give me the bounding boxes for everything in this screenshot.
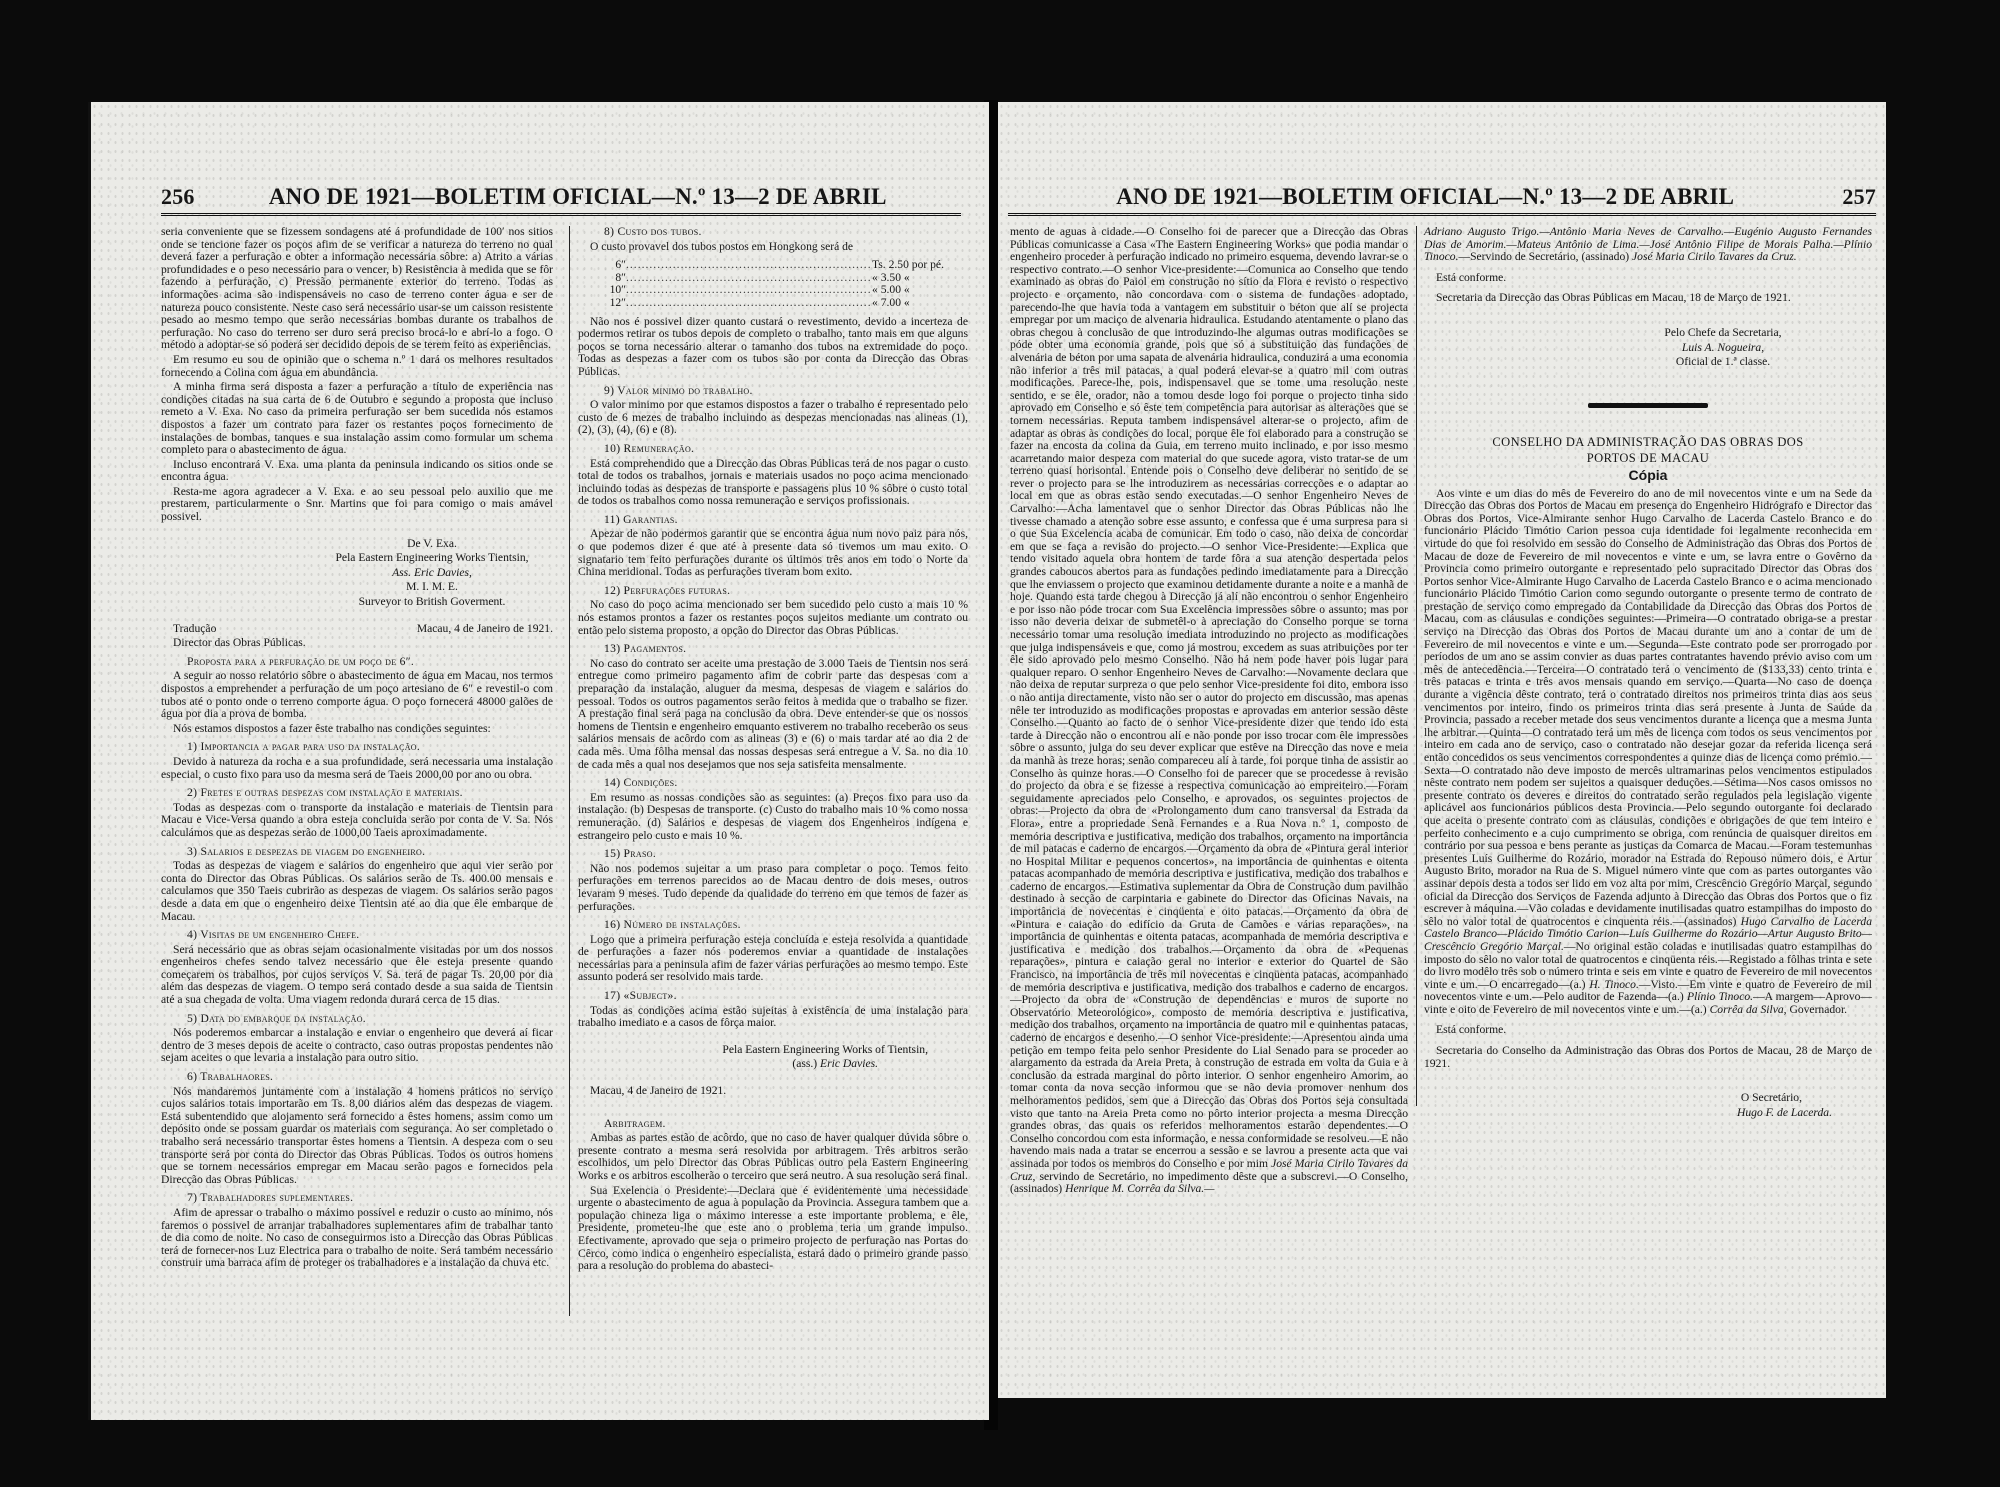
- section-title: 5) Data do embarque da instalação.: [161, 1013, 553, 1026]
- secretary-name: José Maria Cirilo Tavares da Cruz.: [1632, 250, 1797, 263]
- left-column-1: seria conveniente que se fizessem sondag…: [161, 226, 553, 1272]
- paragraph: Aos vinte e um dias do mês de Fevereiro …: [1424, 488, 1872, 1017]
- section-title: 3) Salarios e despezas de viagem do enge…: [161, 846, 553, 859]
- paragraph: Será necessário que as obras sejam ocasi…: [161, 944, 553, 1007]
- paragraph: No caso do poço acima mencionado ser bem…: [578, 599, 968, 637]
- section-title: 16) Número de instalações.: [578, 919, 968, 932]
- paragraph: seria conveniente que se fizessem sondag…: [161, 226, 553, 352]
- names-text: —Servindo de Secretário, (assinado): [1458, 250, 1629, 263]
- header-title: ANO DE 1921—BOLETIM OFICIAL—N.º 13—2 DE …: [195, 184, 961, 210]
- section-heading: CONSELHO DA ADMINISTRAÇÃO DAS OBRAS DOS: [1424, 436, 1872, 449]
- section-title: 12) Perfurações futuras.: [578, 585, 968, 598]
- section-title: 8) Custo dos tubos.: [578, 226, 968, 239]
- dot-leader: ........................................…: [626, 297, 872, 310]
- paragraph: Todas as condições acima estão sujeitas …: [578, 1005, 968, 1030]
- pipe-price-row: 8″ .....................................…: [600, 272, 968, 285]
- section-heading: PORTOS DE MACAU: [1424, 452, 1872, 465]
- pipe-price-row: 6″ .....................................…: [600, 259, 968, 272]
- translation-label: Tradução: [161, 623, 216, 636]
- date-line: Macau, 4 de Janeiro de 1921.: [578, 1085, 968, 1098]
- section-title: 1) Importancia a pagar para uso da insta…: [161, 741, 553, 754]
- header-title: ANO DE 1921—BOLETIM OFICIAL—N.º 13—2 DE …: [1008, 184, 1842, 210]
- paragraph: Não nos é possivel dizer quanto custará …: [578, 316, 968, 379]
- signature-line: Surveyor to British Goverment.: [311, 596, 553, 609]
- section-title: 6) Trabalhaores.: [161, 1071, 553, 1084]
- dot-leader: ........................................…: [626, 272, 872, 285]
- pipe-price: Ts. 2.50 por pé.: [872, 259, 968, 272]
- paragraph: Resta-me agora agradecer a V. Exa. e ao …: [161, 486, 553, 524]
- paragraph: Secretaria do Conselho da Administração …: [1424, 1045, 1872, 1070]
- section-title: 13) Pagamentos.: [578, 643, 968, 656]
- dot-leader: ........................................…: [626, 284, 872, 297]
- paragraph: A minha firma será disposta a fazer a pe…: [161, 381, 553, 457]
- paragraph: O valor minimo por que estamos dispostos…: [578, 399, 968, 437]
- left-page: 256 ANO DE 1921—BOLETIM OFICIAL—N.º 13—2…: [88, 102, 989, 1420]
- right-column-2: Adriano Augusto Trigo.—Antônio Maria Nev…: [1424, 226, 1872, 1121]
- copy-heading: Cópia: [1424, 469, 1872, 482]
- paragraph: Nós mandaremos juntamente com a instalaç…: [161, 1086, 553, 1187]
- conforme-line: Está conforme.: [1424, 1024, 1872, 1037]
- paragraph: mento de aguas à cidade.—O Conselho foi …: [1010, 226, 1408, 1196]
- page-header: 256 ANO DE 1921—BOLETIM OFICIAL—N.º 13—2…: [161, 186, 961, 216]
- signature-name: Hugo F. de Lacerda.: [1424, 1107, 1872, 1120]
- section-title: 14) Condições.: [578, 777, 968, 790]
- paragraph: Não nos podemos sujeitar a um praso para…: [578, 863, 968, 913]
- section-title: 10) Remuneração.: [578, 443, 968, 456]
- translation-date: Macau, 4 de Janeiro de 1921.: [405, 623, 553, 636]
- section-title: Proposta para a perfuração de um poço de…: [161, 656, 553, 669]
- conforme-line: Está conforme.: [1424, 272, 1872, 285]
- paragraph: Em resumo eu sou de opinião que o schema…: [161, 354, 553, 379]
- section-title: 11) Garantias.: [578, 514, 968, 527]
- dot-leader: ........................................…: [626, 259, 872, 272]
- section-title: 4) Visitas de um engenheiro Chefe.: [161, 929, 553, 942]
- paragraph: Logo que a primeira perfuração esteja co…: [578, 934, 968, 984]
- right-page: ANO DE 1921—BOLETIM OFICIAL—N.º 13—2 DE …: [998, 102, 1886, 1398]
- section-title: 7) Trabalhadores suplementares.: [161, 1192, 553, 1205]
- signature-line: Oficial de 1.ª classe.: [1574, 356, 1872, 369]
- signature-line: (ass.) Eric Davies.: [578, 1058, 968, 1071]
- signature-name: Ass. Eric Davies,: [311, 567, 553, 580]
- pipe-price-row: 10″ ....................................…: [600, 284, 968, 297]
- paragraph: No caso do contrato ser aceite uma prest…: [578, 658, 968, 771]
- section-title: Arbitragem.: [578, 1118, 968, 1131]
- pipe-price: « 7.00 «: [872, 297, 968, 310]
- governor-name: Corrêa da Silva,: [1710, 1003, 1787, 1016]
- signer-name: Henrique M. Corrêa da Silva.—: [1065, 1182, 1214, 1195]
- paragraph: Ambas as partes estão de acôrdo, que no …: [578, 1132, 968, 1182]
- right-column-1: mento de aguas à cidade.—O Conselho foi …: [1010, 226, 1417, 1106]
- paragraph: Todas as despezas com o transporte da in…: [161, 802, 553, 840]
- translation-line: Tradução Macau, 4 de Janeiro de 1921.: [161, 623, 553, 636]
- left-column-2: 8) Custo dos tubos. O custo provavel dos…: [569, 226, 968, 1316]
- section-title: 17) «Subject».: [578, 990, 968, 1003]
- section-title: 15) Praso.: [578, 848, 968, 861]
- signature-line: Pela Eastern Engineering Works of Tients…: [578, 1044, 968, 1057]
- contract-text: Aos vinte e um dias do mês de Fevereiro …: [1424, 487, 1872, 928]
- paragraph: Incluso encontrará V. Exa. uma planta da…: [161, 459, 553, 484]
- governor-title: Governador.: [1789, 1003, 1847, 1016]
- paragraph: Afim de apressar o trabalho o máximo pos…: [161, 1207, 553, 1270]
- minutes-text: mento de aguas à cidade.—O Conselho foi …: [1010, 225, 1408, 1170]
- paragraph: Sua Exelencia o Presidente:—Declara que …: [578, 1185, 968, 1273]
- signature-line: O Secretário,: [1424, 1092, 1872, 1105]
- paragraph: O custo provavel dos tubos postos em Hon…: [578, 241, 968, 254]
- paragraph: Apezar de não podermos garantir que se e…: [578, 528, 968, 578]
- signature-name: Luis A. Nogueira,: [1574, 342, 1872, 355]
- pipe-size: 12″: [600, 297, 626, 310]
- section-divider: [1588, 403, 1708, 408]
- signature-prefix: (ass.): [792, 1057, 817, 1070]
- paragraph: Devido à natureza da rocha e a sua profu…: [161, 756, 553, 781]
- pipe-price-row: 12″ ....................................…: [600, 297, 968, 310]
- paragraph: Nós poderemos embarcar a instalação e en…: [161, 1027, 553, 1065]
- pipe-size: 6″: [600, 259, 626, 272]
- signature-name: Eric Davies.: [820, 1057, 878, 1070]
- section-title: 9) Valor minimo do trabalho.: [578, 385, 968, 398]
- page-number: 256: [161, 184, 195, 210]
- signature-line: Pelo Chefe da Secretaria,: [1574, 327, 1872, 340]
- page-header: ANO DE 1921—BOLETIM OFICIAL—N.º 13—2 DE …: [1008, 186, 1876, 216]
- paragraph: A seguir ao nosso relatório sôbre o abas…: [161, 670, 553, 720]
- paragraph: Em resumo as nossas condições são as seg…: [578, 792, 968, 842]
- addressee: Director das Obras Públicas.: [161, 637, 553, 650]
- section-title: 2) Fretes e outras despezas com instalaç…: [161, 787, 553, 800]
- signature-line: M. I. M. E.: [311, 581, 553, 594]
- paragraph: Secretaria da Direcção das Obras Pública…: [1424, 292, 1872, 305]
- page-number: 257: [1842, 184, 1876, 210]
- signer-name: Plínio Tinoco.: [1687, 990, 1753, 1003]
- signature-line: De V. Exa.: [311, 538, 553, 551]
- pipe-price-table: 6″ .....................................…: [600, 259, 968, 309]
- paragraph: Nós estamos dispostos a fazer êste traba…: [161, 723, 553, 736]
- signature-line: Pela Eastern Engineering Works Tientsin,: [311, 552, 553, 565]
- signer-name: H. Tinoco.: [1589, 978, 1639, 991]
- paragraph: Está comprehendido que a Direcção das Ob…: [578, 458, 968, 508]
- paragraph: Todas as despezas de viagem e salários d…: [161, 860, 553, 923]
- paragraph: Adriano Augusto Trigo.—Antônio Maria Nev…: [1424, 226, 1872, 264]
